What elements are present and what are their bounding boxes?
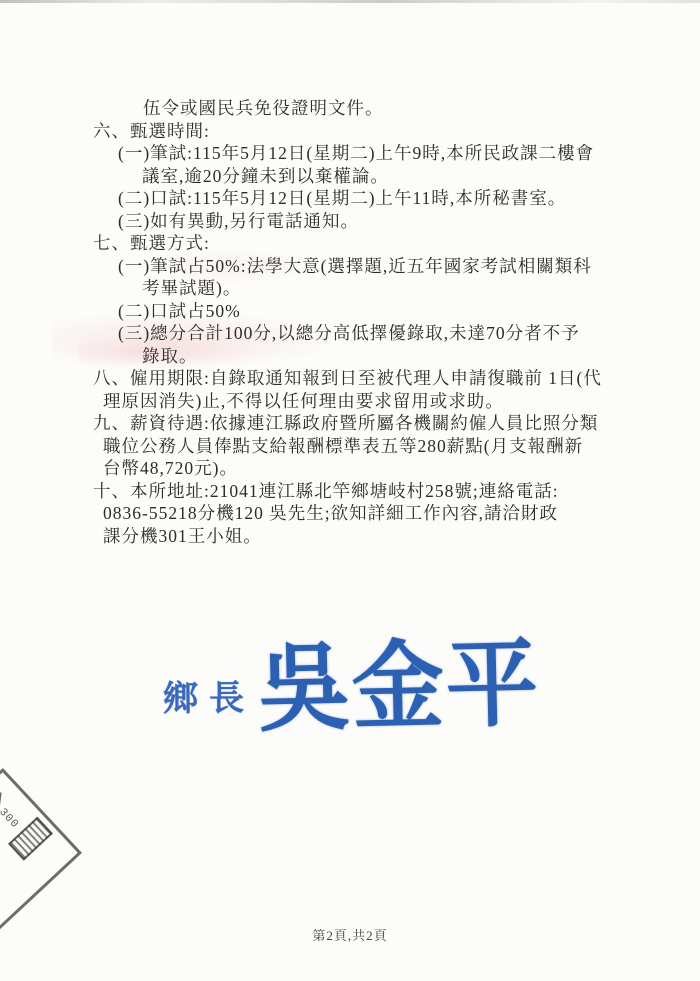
page-number: 第2頁,共2頁 (0, 925, 700, 944)
document-line: 考畢試題)。 (93, 277, 633, 300)
document-line: 課分機301王小姐。 (93, 525, 633, 548)
stamp-number: 300 (0, 806, 21, 831)
document-line: 0836-55218分機120 吳先生;欲知詳細工作內容,請洽財政 (93, 502, 633, 525)
document-line: (二)口試:115年5月12日(星期二)上午11時,本所秘書室。 (93, 187, 633, 210)
stamp-stroke-mark (0, 792, 2, 806)
document-line: 議室,逾20分鐘未到以棄權論。 (93, 165, 633, 188)
document-line: (二)口試占50% (93, 300, 633, 323)
document-line-section-7: 七、甄選方式: (93, 232, 633, 255)
document-body: 伍令或國民兵免役證明文件。 六、甄選時間: (一)筆試:115年5月12日(星期… (93, 97, 633, 547)
document-line: (一)筆試占50%:法學大意(選擇題,近五年國家考試相關類科 (93, 255, 633, 278)
document-line: (三)如有異動,另行電話通知。 (93, 210, 633, 233)
document-line-section-10: 十、本所地址:21041連江縣北竿鄉塘岐村258號;連絡電話: (93, 480, 633, 503)
scan-edge-artifact (0, 0, 700, 3)
corner-stamp: 300 (0, 768, 82, 932)
scanned-document-page: 伍令或國民兵免役證明文件。 六、甄選時間: (一)筆試:115年5月12日(星期… (0, 0, 700, 981)
document-line: 台幣48,720元)。 (93, 457, 633, 480)
document-line: (一)筆試:115年5月12日(星期二)上午9時,本所民政課二樓會 (93, 142, 633, 165)
document-line: 理原因消失)止,不得以任何理由要求留用或求助。 (93, 390, 633, 413)
document-line-section-8: 八、僱用期限:自錄取通知報到日至被代理人申請復職前 1日(代 (93, 367, 633, 390)
document-line-section-9: 九、薪資待遇:依據連江縣政府暨所屬各機關約僱人員比照分類 (93, 412, 633, 435)
document-line: 職位公務人員俸點支給報酬標準表五等280薪點(月支報酬新 (93, 435, 633, 458)
document-line: (三)總分合計100分,以總分高低擇優錄取,未達70分者不予 (93, 322, 633, 345)
signature-title-stamp: 鄉長 (163, 681, 255, 717)
document-line-section-6: 六、甄選時間: (93, 120, 633, 143)
document-line: 伍令或國民兵免役證明文件。 (93, 97, 633, 120)
document-line: 錄取。 (93, 345, 633, 368)
signature-name-stamp: 吳金平 (257, 636, 541, 738)
